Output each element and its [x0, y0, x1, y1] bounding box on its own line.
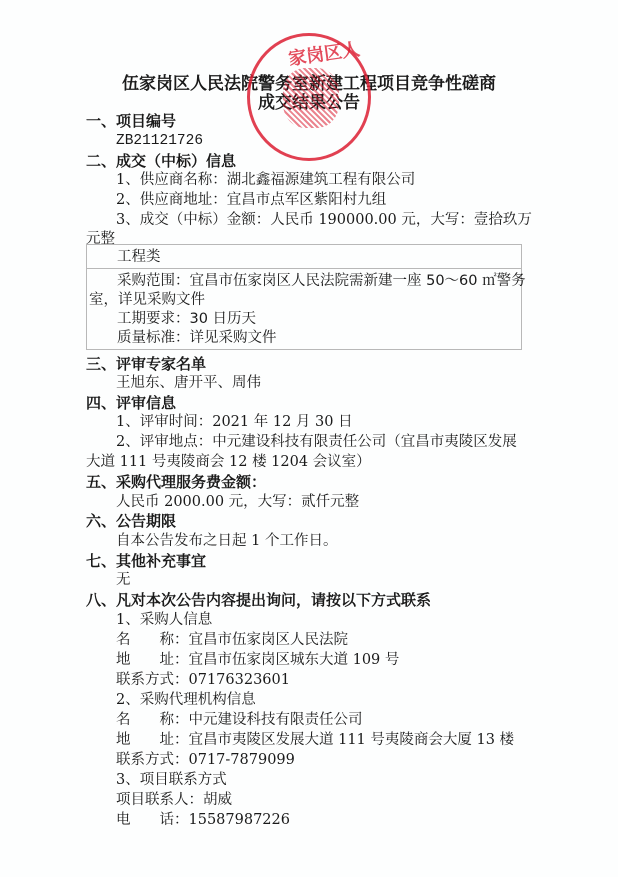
supplier-address: 2、供应商地址：宜昌市点军区紫阳村九组: [116, 191, 386, 209]
section-8-heading: 八、凡对本次公告内容提出询问，请按以下方式联系: [86, 591, 431, 609]
section-1-heading: 一、项目编号: [86, 112, 176, 130]
review-time: 1、评审时间：2021 年 12 月 30 日: [116, 413, 353, 431]
agency-name: 中元建设科技有限责任公司: [189, 712, 363, 728]
agency-contact-row: 联系方式：0717-7879099: [116, 751, 295, 769]
project-number: ZB21121726: [116, 132, 203, 150]
section-3-heading: 三、评审专家名单: [86, 355, 206, 373]
section-4-heading: 四、评审信息: [86, 394, 176, 412]
agency-address: 宜昌市夷陵区发展大道 111 号夷陵商会大厦 13 楼: [189, 732, 515, 748]
review-place: 2、评审地点：中元建设科技有限责任公司（宜昌市夷陵区发展: [116, 433, 517, 451]
purchaser-contact-row: 联系方式：07176323601: [116, 671, 290, 689]
table-category: 工程类: [117, 248, 161, 266]
table-divider: [87, 268, 521, 269]
table-scope: 采购范围：宜昌市伍家岗区人民法院需新建一座 50～60 ㎡警务: [117, 272, 526, 290]
notice-period: 自本公告发布之日起 1 个工作日。: [116, 532, 337, 550]
project-info-table: 工程类 采购范围：宜昌市伍家岗区人民法院需新建一座 50～60 ㎡警务 室，详见…: [86, 244, 522, 350]
project-person-row: 项目联系人：胡威: [116, 791, 232, 809]
table-scope-cont: 室，详见采购文件: [89, 291, 205, 309]
seal-text-top: 家岗区人: [287, 35, 362, 71]
section-2-heading: 二、成交（中标）信息: [86, 152, 236, 170]
agency-fee: 人民币 2000.00 元，大写：贰仟元整: [116, 493, 359, 511]
section-7-heading: 七、其他补充事宜: [86, 552, 206, 570]
agency-phone: 0717-7879099: [189, 752, 295, 768]
project-phone-row: 电 话：15587987226: [116, 811, 290, 829]
purchaser-name: 宜昌市伍家岗区人民法院: [189, 632, 349, 648]
project-contact-person: 胡威: [203, 792, 232, 808]
purchaser-label: 1、采购人信息: [116, 611, 212, 629]
review-place-cont: 大道 111 号夷陵商会 12 楼 1204 会议室）: [86, 453, 371, 471]
project-contact-label: 3、项目联系方式: [116, 771, 227, 789]
supplier-name: 1、供应商名称：湖北鑫福源建筑工程有限公司: [116, 171, 415, 189]
purchaser-addr-row: 地 址：宜昌市伍家岗区城东大道 109 号: [116, 651, 399, 669]
doc-title-line2: 成交结果公告: [0, 93, 618, 113]
purchaser-address: 宜昌市伍家岗区城东大道 109 号: [189, 652, 400, 668]
agency-label: 2、采购代理机构信息: [116, 691, 256, 709]
purchaser-name-row: 名 称：宜昌市伍家岗区人民法院: [116, 631, 348, 649]
expert-list: 王旭东、唐开平、周伟: [116, 374, 261, 392]
award-amount: 3、成交（中标）金额：人民币 190000.00 元，大写：壹拾玖万: [116, 211, 532, 229]
doc-title-line1: 伍家岗区人民法院警务室新建工程项目竞争性磋商: [0, 74, 618, 94]
other-matters: 无: [116, 571, 131, 589]
agency-name-row: 名 称：中元建设科技有限责任公司: [116, 711, 363, 729]
section-5-heading: 五、采购代理服务费金额：: [86, 473, 266, 491]
section-6-heading: 六、公告期限: [86, 512, 176, 530]
table-period: 工期要求：30 日历天: [117, 310, 256, 328]
table-quality: 质量标准：详见采购文件: [117, 329, 277, 347]
agency-addr-row: 地 址：宜昌市夷陵区发展大道 111 号夷陵商会大厦 13 楼: [116, 731, 514, 749]
purchaser-phone: 07176323601: [189, 672, 290, 688]
project-phone: 15587987226: [189, 812, 290, 828]
